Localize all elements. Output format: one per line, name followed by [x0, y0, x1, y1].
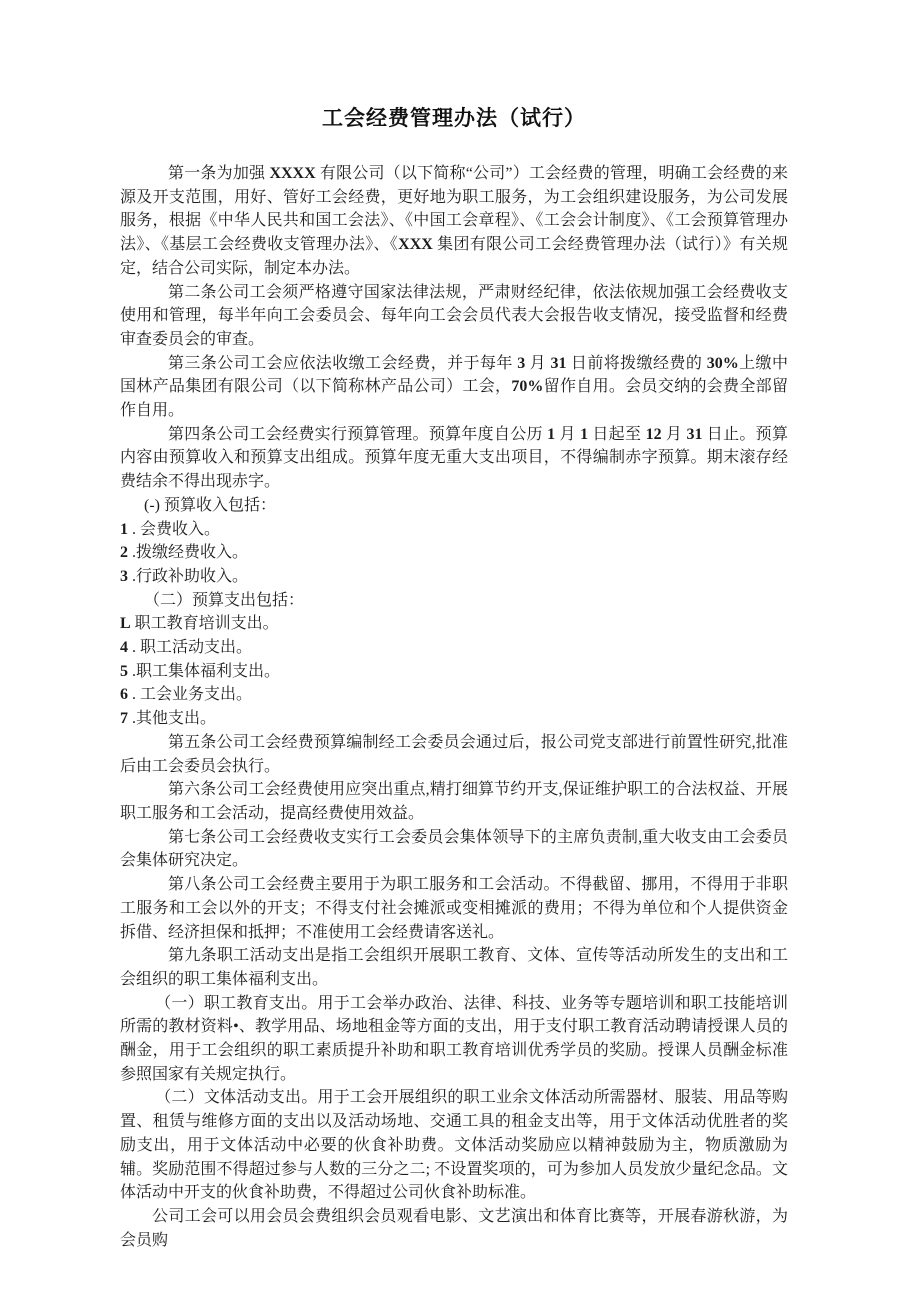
para-article-8: 第八条公司工会经费主要用于为职工服务和工会活动。不得截留、挪用，不得用于非职工服…: [120, 873, 788, 944]
list-head-income: (-) 预算收入包括：: [120, 494, 788, 518]
sub-para-education: （一）职工教育支出。用于工会举办政治、法律、科技、业务等专题培训和职工技能培训所…: [120, 992, 788, 1087]
list-item-expense-1: L 职工教育培训支出。: [120, 612, 788, 636]
para-article-1: 第一条为加强 XXXX 有限公司（以下简称“公司”）工会经费的管理，明确工会经费…: [120, 162, 788, 281]
list-item-expense-6: 6 . 工会业务支出。: [120, 683, 788, 707]
sub-para-culture-sports: （二）文体活动支出。用于工会开展组织的职工业余文体活动所需器材、服装、用品等购置…: [120, 1086, 788, 1205]
list-item-income-3: 3 .行政补助收入。: [120, 565, 788, 589]
para-article-9: 第九条职工活动支出是指工会组织开展职工教育、文体、宣传等活动所发生的支出和工会组…: [120, 944, 788, 991]
para-article-2: 第二条公司工会须严格遵守国家法律法规，严肃财经纪律，依法依规加强工会经费收支使用…: [120, 281, 788, 352]
para-article-4: 第四条公司工会经费实行预算管理。预算年度自公历 1 月 1 日起至 12 月 3…: [120, 423, 788, 494]
list-item-expense-5: 5 .职工集体福利支出。: [120, 660, 788, 684]
para-member-activities: 公司工会可以用会员会费组织会员观看电影、文艺演出和体育比赛等，开展春游秋游，为会…: [120, 1205, 788, 1252]
list-head-expense: （二）预算支出包括：: [120, 589, 788, 613]
para-article-3: 第三条公司工会应依法收缴工会经费，并于每年 3 月 31 日前将拨缴经费的 30…: [120, 352, 788, 423]
list-item-expense-7: 7 .其他支出。: [120, 707, 788, 731]
list-item-expense-4: 4 . 职工活动支出。: [120, 636, 788, 660]
para-article-5: 第五条公司工会经费预算编制经工会委员会通过后，报公司党支部进行前置性研究,批准后…: [120, 731, 788, 778]
page-title: 工会经费管理办法（试行）: [120, 102, 788, 132]
para-article-6: 第六条公司工会经费使用应突出重点,精打细算节约开支,保证维护职工的合法权益、开展…: [120, 778, 788, 825]
para-article-7: 第七条公司工会经费收支实行工会委员会集体领导下的主席负责制,重大收支由工会委员会…: [120, 826, 788, 873]
list-item-income-1: 1 . 会费收入。: [120, 518, 788, 542]
list-item-income-2: 2 .拨缴经费收入。: [120, 541, 788, 565]
document-page: 工会经费管理办法（试行） 第一条为加强 XXXX 有限公司（以下简称“公司”）工…: [0, 0, 920, 1301]
document-body: 第一条为加强 XXXX 有限公司（以下简称“公司”）工会经费的管理，明确工会经费…: [120, 162, 788, 1252]
